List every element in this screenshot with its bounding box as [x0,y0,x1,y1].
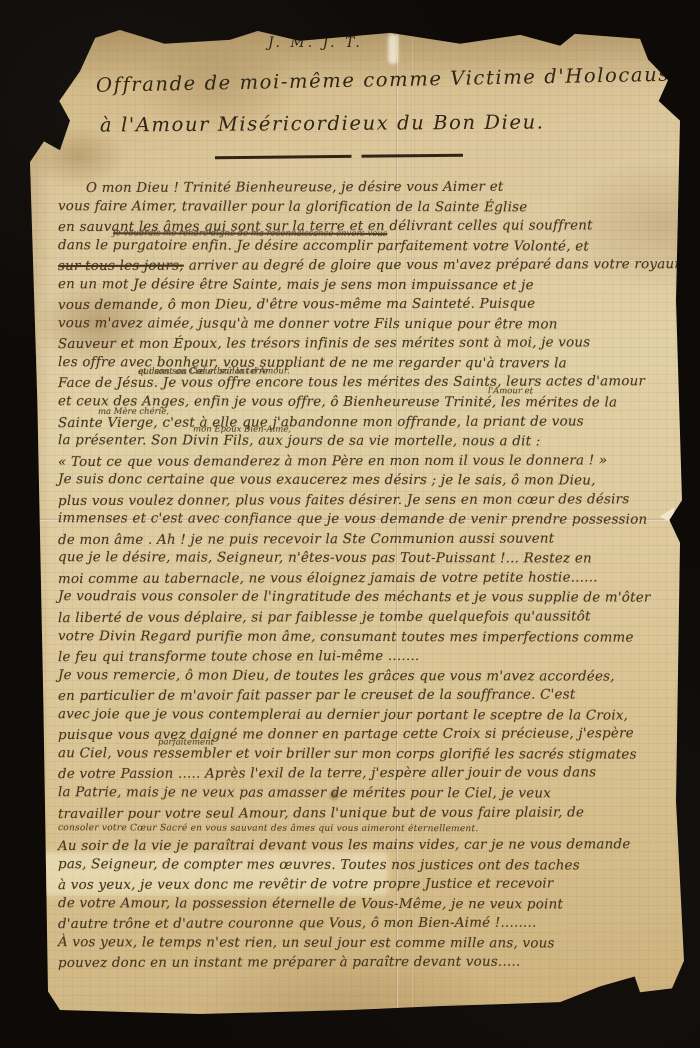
manuscript-line: mon Époux Bien-Aimé,la présenter. Son Di… [58,431,700,452]
struck-interlinear-note: je voudrais me rendre digne de ma reconn… [113,229,387,238]
handwritten-text: en particulier de m'avoir fait passer pa… [58,688,576,705]
manuscript-line: avec joie que je vous contemplerai au de… [58,705,700,726]
handwritten-text: d'autre trône et d'autre couronne que Vo… [58,916,537,933]
manuscript-line: Au soir de la vie je paraîtrai devant vo… [58,835,700,857]
interlinear-note: l'Amour et [488,387,533,395]
handwritten-text: vous demande, ô mon Dieu, d'être vous-mê… [58,297,535,313]
handwritten-text: Je vous remercie, ô mon Dieu, de toutes … [58,668,615,684]
interlinear-note: parfaitement [158,738,214,746]
manuscript-line: votre Divin Regard purifie mon âme, cons… [58,627,700,648]
manuscript-line: pas, Seigneur, de compter mes œuvres. To… [58,855,700,876]
manuscript-line: la Patrie, mais je ne veux pas amasser d… [58,783,700,804]
manuscript-line: travailler pour votre seul Amour, dans l… [58,802,700,824]
manuscript-line: ma Mère chérie,Sainte Vierge, c'est à el… [58,411,700,433]
manuscript-line: de mon âme . Ah ! je ne puis recevoir la… [58,529,700,551]
manuscript-line: en particulier de m'avoir fait passer pa… [58,685,700,707]
handwritten-text: vous faire Aimer, travailler pour la glo… [58,199,527,215]
handwritten-text: consoler votre Cœur Sacré en vous sauvan… [58,823,478,834]
manuscript-line: et dans son Cœur brûlant d'Amour.qui son… [58,372,700,394]
photo-background: { "colors":{ "background":"#0d0a08", "pa… [0,0,700,1048]
manuscript-line: moi comme au tabernacle, ne vous éloigne… [58,568,700,590]
handwritten-text: Au soir de la vie je paraîtrai devant vo… [58,837,631,854]
handwritten-text: le feu qui transforme toute chose en lui… [58,649,419,665]
interlinear-note: ma Mère chérie, [98,407,169,415]
handwritten-text: plus vous voulez donner, plus vous faite… [58,492,629,509]
handwritten-text: de mon âme . Ah ! je ne puis recevoir la… [58,531,554,548]
manuscript-line: le feu qui transforme toute chose en lui… [58,646,700,668]
handwritten-text: pouvez donc en un instant me préparer à … [58,955,521,971]
handwritten-text: la Patrie, mais je ne veux pas amasser d… [58,785,551,801]
handwritten-text: O mon Dieu ! Trinité Bienheureuse, je dé… [86,180,504,196]
handwritten-text: À vos yeux, le temps n'est rien, un seul… [58,935,555,951]
paper-tear-patch [388,34,398,64]
handwritten-text: avec joie que je vous contemplerai au de… [58,707,628,723]
manuscript-line: À vos yeux, le temps n'est rien, un seul… [58,933,700,954]
handwritten-text: immenses et c'est avec confiance que je … [58,511,647,527]
manuscript-line: que je le désire, mais, Seigneur, n'êtes… [58,549,700,570]
handwritten-text: de votre Amour, la possession éternelle … [58,896,563,912]
manuscript-line: de votre Amour, la possession éternelle … [58,894,700,915]
handwritten-text: en un mot Je désire être Sainte, mais je… [58,277,534,293]
handwritten-text: travailler pour votre seul Amour, dans l… [58,805,584,822]
interlinear-note: qui sont au Ciel et sur la terre [138,368,268,376]
manuscript-title-line2: à l'Amour Miséricordieux du Bon Dieu. [100,110,545,136]
handwritten-text: puisque vous avez daigné me donner en pa… [58,727,634,744]
struck-text: sur tous les jours, [58,259,184,274]
interlinear-note: mon Époux Bien-Aimé, [193,426,291,434]
handwritten-text: Face de Jésus. Je vous offre encore tous… [58,375,645,392]
manuscript-line: je voudrais me rendre digne de ma reconn… [58,236,700,257]
title-underline-rule [215,154,463,159]
handwritten-text: la liberté de vous déplaire, si par faib… [58,609,591,626]
manuscript-line: la liberté de vous déplaire, si par faib… [58,607,700,629]
handwritten-text: « Tout ce que vous demanderez à mon Père… [58,453,607,470]
handwritten-text: moi comme au tabernacle, ne vous éloigne… [58,570,598,587]
handwritten-text: les offre avec bonheur, vous suppliant d… [58,355,567,371]
handwritten-text: Je suis donc certaine que vous exaucerez… [58,472,596,488]
manuscript-line: parfaitementau Ciel, vous ressembler et … [58,744,700,765]
handwritten-text: que je le désire, mais, Seigneur, n'êtes… [58,551,592,567]
handwritten-text: au Ciel, vous ressembler et voir briller… [58,746,637,762]
manuscript-title-line1: Offrande de moi-même comme Victime d'Hol… [96,62,693,96]
handwritten-text: vous m'avez aimée, jusqu'à me donner vot… [58,316,558,332]
handwritten-text: Sauveur et mon Époux, les trésors infini… [58,336,590,353]
manuscript-line: pouvez donc en un instant me préparer à … [58,952,700,974]
manuscript-line: d'autre trône et d'autre couronne que Vo… [58,913,700,935]
manuscript-line: Je voudrais vous consoler de l'ingratitu… [58,588,700,609]
handwritten-text: la présenter. Son Divin Fils, aux jours … [58,433,541,449]
manuscript-line: O mon Dieu ! Trinité Bienheureuse, je dé… [58,177,700,199]
manuscript-line: vous m'avez aimée, jusqu'à me donner vot… [58,314,700,335]
handwritten-text: votre Divin Regard purifie mon âme, cons… [58,629,634,645]
handwritten-text: de votre Passion ..... Après l'exil de l… [58,766,596,783]
handwritten-text: à vos yeux, je veux donc me revêtir de v… [58,877,554,894]
manuscript-line: sur tous les jours,arriver au degré de g… [58,255,700,277]
manuscript-line: Je suis donc certaine que vous exaucerez… [58,470,700,491]
jmjt-monogram: J. M. J. T. [268,35,363,51]
handwritten-text: pas, Seigneur, de compter mes œuvres. To… [58,857,580,873]
manuscript-line: vous faire Aimer, travailler pour la glo… [58,197,700,218]
manuscript-line: de votre Passion ..... Après l'exil de l… [58,763,700,785]
manuscript-body: O mon Dieu ! Trinité Bienheureuse, je dé… [58,178,700,973]
handwritten-text: arriver au degré de gloire que vous m'av… [189,257,696,274]
handwritten-text: dans le purgatoire enfin. Je désire acco… [58,238,589,254]
manuscript-line: immenses et c'est avec confiance que je … [58,509,700,530]
manuscript-line: Sauveur et mon Époux, les trésors infini… [58,333,700,355]
handwritten-text: Je voudrais vous consoler de l'ingratitu… [58,590,651,606]
manuscript-line: vous demande, ô mon Dieu, d'être vous-mê… [58,294,700,316]
manuscript-line: puisque vous avez daigné me donner en pa… [58,724,700,746]
manuscript-line: en un mot Je désire être Sainte, mais je… [58,275,700,296]
manuscript-line: Je vous remercie, ô mon Dieu, de toutes … [58,666,700,687]
manuscript-line: plus vous voulez donner, plus vous faite… [58,490,700,512]
manuscript-page: J. M. J. T. Offrande de moi-même comme V… [18,28,684,1014]
manuscript-line: « Tout ce que vous demanderez à mon Père… [58,451,700,473]
manuscript-line: à vos yeux, je veux donc me revêtir de v… [58,874,700,896]
